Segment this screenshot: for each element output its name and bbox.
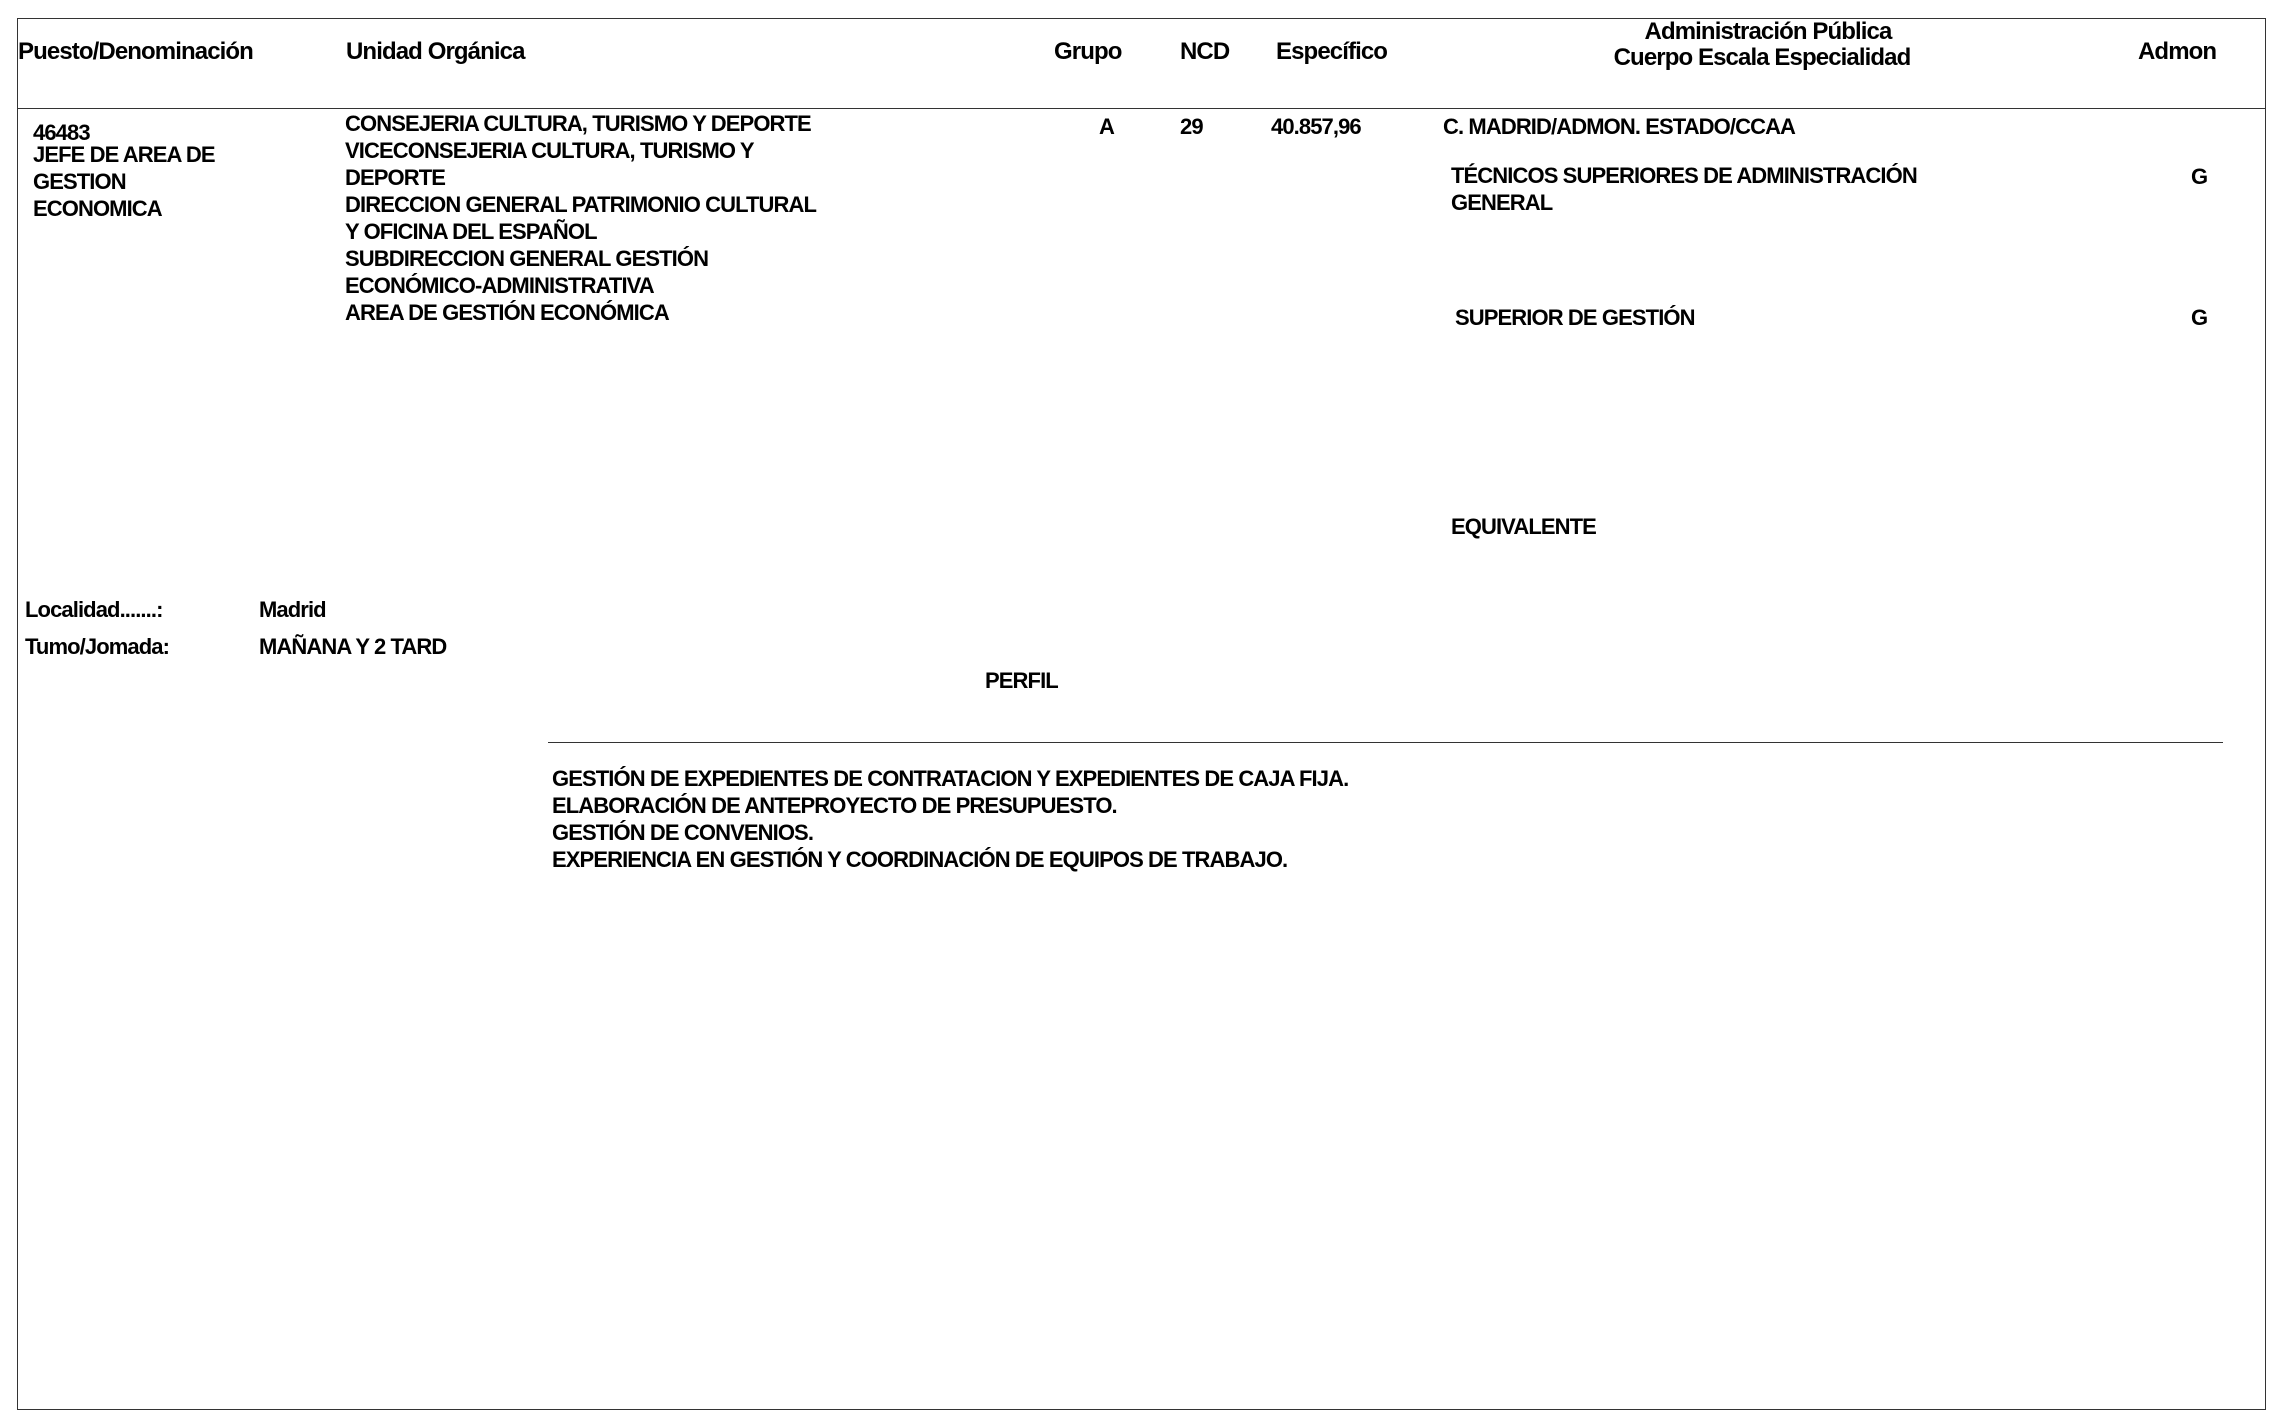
header-especifico: Específico (1276, 40, 1387, 64)
cuerpo-1-admon: G (2191, 166, 2207, 188)
turno-value: MAÑANA Y 2 TARD (259, 636, 446, 658)
header-puesto: Puesto/Denominación (18, 40, 253, 64)
localidad-value: Madrid (259, 599, 326, 621)
unidad-organica: CONSEJERIA CULTURA, TURISMO Y DEPORTE VI… (345, 110, 816, 326)
cuerpo-1: TÉCNICOS SUPERIORES DE ADMINISTRACIÓN GE… (1451, 162, 1917, 216)
unidad-line: SUBDIRECCION GENERAL GESTIÓN (345, 245, 816, 272)
denominacion-line: JEFE DE AREA DE (33, 141, 215, 168)
perfil-title: PERFIL (985, 670, 1058, 692)
cuerpo-2-admon: G (2191, 307, 2207, 329)
header-grupo: Grupo (1054, 40, 1122, 64)
cuerpo-line: TÉCNICOS SUPERIORES DE ADMINISTRACIÓN (1451, 162, 1917, 189)
puesto-denominacion: JEFE DE AREA DE GESTION ECONOMICA (33, 141, 215, 222)
administracion-value: C. MADRID/ADMON. ESTADO/CCAA (1443, 116, 1795, 138)
especifico-value: 40.857,96 (1271, 116, 1361, 138)
perfil-line: GESTIÓN DE CONVENIOS. (552, 819, 1348, 846)
unidad-line: VICECONSEJERIA CULTURA, TURISMO Y (345, 137, 816, 164)
perfil-description: GESTIÓN DE EXPEDIENTES DE CONTRATACION Y… (552, 765, 1348, 873)
header-separator (17, 108, 2266, 109)
header-cuerpo-escala: Cuerpo Escala Especialidad (1562, 46, 1962, 70)
header-unidad: Unidad Orgánica (346, 40, 525, 64)
unidad-line: Y OFICINA DEL ESPAÑOL (345, 218, 816, 245)
cuerpo-2: SUPERIOR DE GESTIÓN (1455, 307, 1695, 329)
cuerpo-line: GENERAL (1451, 189, 1917, 216)
unidad-line: DIRECCION GENERAL PATRIMONIO CULTURAL (345, 191, 816, 218)
grupo-value: A (1099, 116, 1114, 138)
unidad-line: CONSEJERIA CULTURA, TURISMO Y DEPORTE (345, 110, 816, 137)
header-admon: Admon (2138, 40, 2216, 64)
ncd-value: 29 (1180, 116, 1203, 138)
perfil-line: ELABORACIÓN DE ANTEPROYECTO DE PRESUPUES… (552, 792, 1348, 819)
unidad-line: DEPORTE (345, 164, 816, 191)
localidad-label: Localidad.......: (25, 599, 163, 621)
unidad-line: AREA DE GESTIÓN ECONÓMICA (345, 299, 816, 326)
denominacion-line: GESTION (33, 168, 215, 195)
equivalente-label: EQUIVALENTE (1451, 516, 1596, 538)
perfil-line: EXPERIENCIA EN GESTIÓN Y COORDINACIÓN DE… (552, 846, 1348, 873)
perfil-separator (548, 742, 2223, 743)
header-administracion: Administración Pública (1568, 20, 1968, 44)
denominacion-line: ECONOMICA (33, 195, 215, 222)
header-ncd: NCD (1180, 40, 1229, 64)
unidad-line: ECONÓMICO-ADMINISTRATIVA (345, 272, 816, 299)
turno-label: Tumo/Jomada: (25, 636, 169, 658)
perfil-line: GESTIÓN DE EXPEDIENTES DE CONTRATACION Y… (552, 765, 1348, 792)
